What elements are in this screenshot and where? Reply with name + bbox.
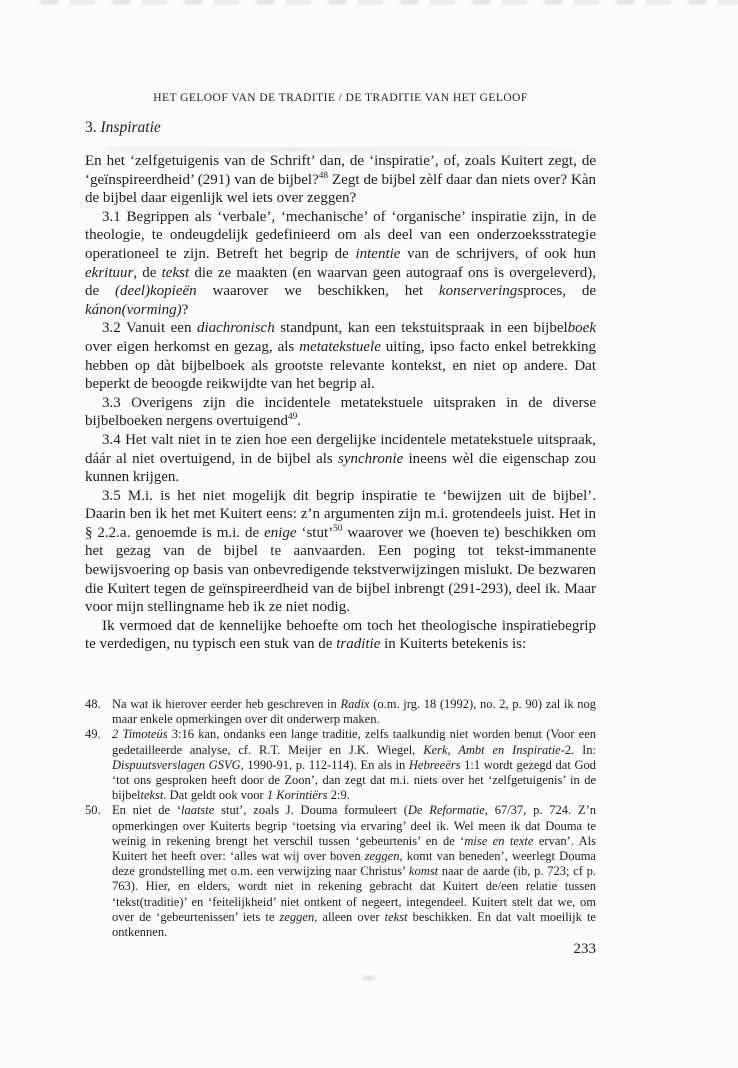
body-paragraph: Ik vermoed dat de kennelijke behoefte om… — [85, 617, 596, 654]
footnote-text: En niet de ‘laatste stut’, zoals J. Doum… — [112, 803, 596, 940]
body-paragraph: En het ‘zelfgetuigenis van de Schrift’ d… — [85, 152, 596, 208]
text-run: 3.3 Overigens zijn die incidentele metat… — [85, 395, 596, 430]
footnote-number: 50. — [85, 803, 101, 818]
page-number: 233 — [85, 941, 596, 958]
scan-artifact-dot — [362, 976, 376, 980]
footnote-ref-superscript: 49 — [288, 412, 297, 422]
text-run: . — [297, 413, 301, 429]
text-run: ‘stut’ — [297, 525, 334, 541]
text-run: proces, de — [523, 283, 596, 299]
footnote-text: Na wat ik hierover eerder heb geschreven… — [112, 697, 596, 727]
italic-run: De Reformatie — [408, 803, 485, 817]
italic-run: diachronisch — [197, 320, 275, 336]
italic-run: zeggen — [365, 849, 400, 863]
footnote-number: 48. — [85, 697, 101, 712]
text-run: . Dat geldt ook voor — [163, 788, 266, 802]
footnotes-list: 48.Na wat ik hierover eerder heb geschre… — [85, 697, 596, 940]
text-run: 3.2 Vanuit een — [102, 320, 197, 336]
text-run: , 1990-91, p. 112-114). En als in — [241, 758, 409, 772]
text-run: van de schrijvers, of ook hun — [400, 246, 596, 262]
text-run: standpunt, kan een tekstuitspraak in een… — [275, 320, 568, 336]
section-number: 3. — [85, 119, 97, 136]
footnote-text: 2 Timoteüs 3:16 kan, ondanks een lange t… — [112, 727, 596, 803]
italic-run: mise en texte — [464, 834, 533, 848]
italic-run: laatste — [181, 803, 214, 817]
italic-run: komst — [409, 864, 438, 878]
text-run: 2:9. — [328, 788, 350, 802]
italic-run: boek — [568, 320, 596, 336]
italic-run: enige — [264, 525, 296, 541]
italic-run: kánon(vorming) — [85, 302, 182, 318]
italic-run: zeggen — [279, 910, 314, 924]
italic-run: Hebreeërs — [409, 758, 461, 772]
footnote: 50.En niet de ‘laatste stut’, zoals J. D… — [85, 803, 596, 940]
italic-run: 1 Korintiërs — [267, 788, 328, 802]
body-paragraph: 3.4 Het valt niet in te zien hoe een der… — [85, 431, 596, 487]
body-paragraph: 3.2 Vanuit een diachronisch standpunt, k… — [85, 319, 596, 393]
body-paragraph: 3.5 M.i. is het niet mogelijk dit begrip… — [85, 487, 596, 617]
italic-run: ekrituur — [85, 265, 133, 281]
italic-run: tekst — [162, 265, 190, 281]
italic-run: tekst — [140, 788, 163, 802]
text-run: , de — [133, 265, 161, 281]
text-run: over eigen herkomst en gezag, als — [85, 339, 299, 355]
footnote-ref-superscript: 48 — [319, 171, 328, 181]
scanned-book-page: HET GELOOF VAN DE TRADITIE / DE TRADITIE… — [0, 0, 738, 1068]
italic-run: traditie — [336, 636, 380, 652]
section-heading: 3. Inspiratie — [85, 119, 161, 137]
text-run: stut’, zoals J. Douma formuleert ( — [214, 803, 408, 817]
italic-run: Dispuutsverslagen GSVG — [112, 758, 241, 772]
text-run: -2. In: — [561, 743, 596, 757]
running-header: HET GELOOF VAN DE TRADITIE / DE TRADITIE… — [85, 92, 596, 104]
italic-run: konserverings — [439, 283, 523, 299]
text-run: ? — [182, 302, 189, 318]
italic-run: Kerk, Ambt en Inspiratie — [423, 743, 561, 757]
italic-run: tekst — [385, 910, 408, 924]
text-run: in Kuiterts betekenis is: — [380, 636, 526, 652]
italic-run: Radix — [340, 697, 369, 711]
section-title: Inspiratie — [101, 119, 161, 136]
italic-run: 2 Timoteüs — [112, 727, 168, 741]
footnote: 48.Na wat ik hierover eerder heb geschre… — [85, 697, 596, 727]
text-run: waarover we beschikken, het — [197, 283, 439, 299]
text-run: , alleen over — [314, 910, 384, 924]
italic-run: intentie — [355, 246, 400, 262]
body-paragraph: 3.1 Begrippen als ‘verbale’, ‘mechanisch… — [85, 208, 596, 320]
body-paragraph: 3.3 Overigens zijn die incidentele metat… — [85, 394, 596, 431]
italic-run: synchronie — [338, 451, 403, 467]
text-run: Na wat ik hierover eerder heb geschreven… — [112, 697, 340, 711]
italic-run: (deel)kopieën — [115, 283, 197, 299]
text-run: En niet de ‘ — [112, 803, 181, 817]
footnote-number: 49. — [85, 727, 101, 742]
body-paragraphs: En het ‘zelfgetuigenis van de Schrift’ d… — [85, 152, 596, 654]
italic-run: metatekstuele — [299, 339, 381, 355]
scan-artifact-top-edge — [40, 0, 738, 4]
footnote: 49.2 Timoteüs 3:16 kan, ondanks een lang… — [85, 727, 596, 803]
